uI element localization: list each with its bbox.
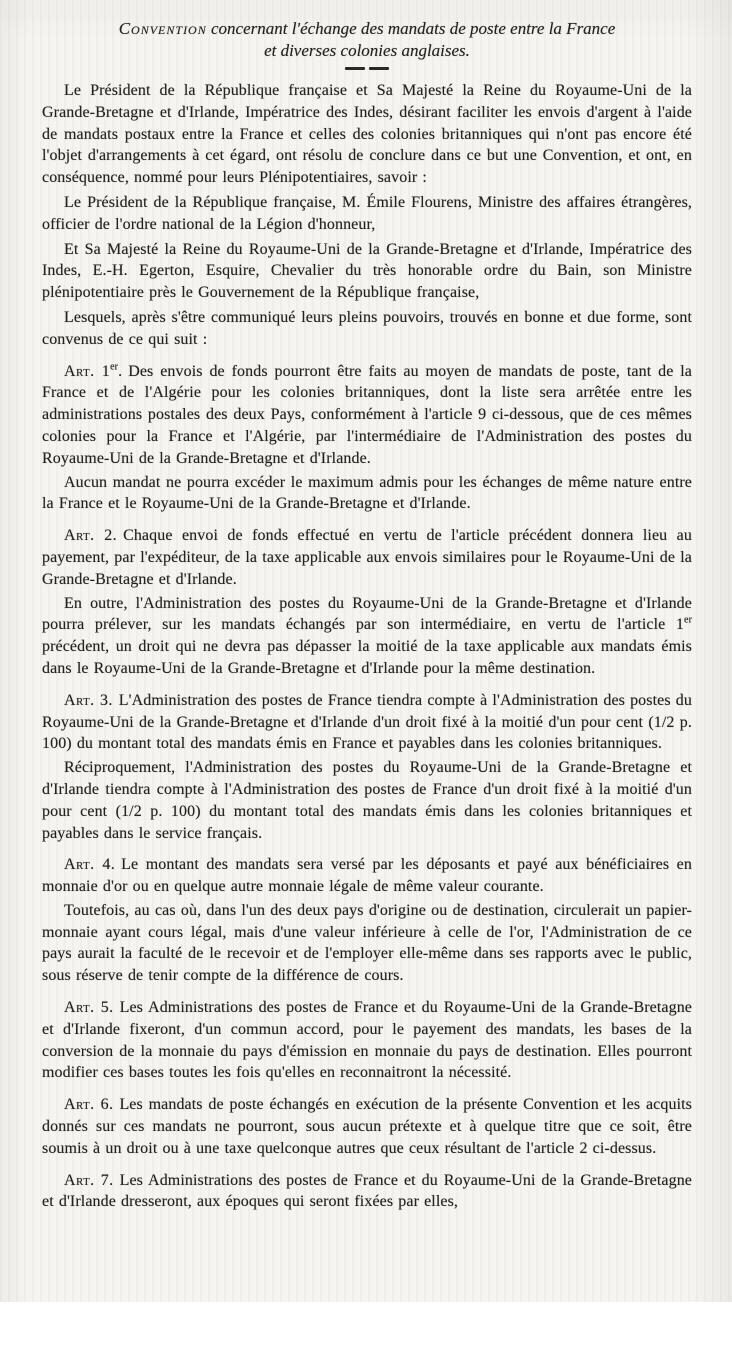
article-label: Art. 4.	[64, 856, 121, 873]
divider-dash-right	[369, 67, 389, 70]
ordinal-superscript: er	[110, 361, 118, 372]
article-label-period: .	[118, 363, 122, 380]
paragraph-text: L'Administration des postes de France ti…	[42, 692, 692, 753]
paragraph-text: Les mandats de poste échangés en exécuti…	[42, 1096, 692, 1157]
preamble-paragraph: Le Président de la République française,…	[42, 192, 692, 236]
article-label-text: Art. 4.	[64, 856, 115, 873]
article-label-text: Art. 5.	[64, 999, 114, 1016]
article-label: Art. 1er.	[64, 363, 128, 380]
title-word-convention: Convention	[119, 19, 207, 38]
preamble-paragraph: Le Président de la République française …	[42, 80, 692, 189]
article-paragraph: Toutefois, au cas où, dans l'un des deux…	[42, 900, 692, 987]
paragraph-text: Les Administrations des postes de France…	[42, 999, 692, 1081]
article-paragraph: Art. 5.Les Administrations des postes de…	[42, 997, 692, 1084]
articles: Art. 1er.Des envois de fonds pourront êt…	[42, 361, 692, 1214]
article-5: Art. 5.Les Administrations des postes de…	[42, 997, 692, 1084]
title-line-1: Convention concernant l'échange des mand…	[42, 18, 692, 40]
preamble: Le Président de la République française …	[42, 80, 692, 351]
article-label: Art. 6.	[64, 1096, 119, 1113]
article-label-text: Art. 2.	[64, 527, 117, 544]
preamble-paragraph: Lesquels, après s'être communiqué leurs …	[42, 307, 692, 351]
article-6: Art. 6.Les mandats de poste échangés en …	[42, 1094, 692, 1159]
article-7: Art. 7.Les Administrations des postes de…	[42, 1170, 692, 1214]
article-2: Art. 2.Chaque envoi de fonds effectué en…	[42, 525, 692, 680]
article-paragraph: Art. 2.Chaque envoi de fonds effectué en…	[42, 525, 692, 590]
article-label: Art. 3.	[64, 692, 119, 709]
document-title: Convention concernant l'échange des mand…	[42, 18, 692, 70]
paragraph-text: Le montant des mandats sera versé par le…	[42, 856, 692, 895]
article-paragraph: En outre, l'Administration des postes du…	[42, 593, 692, 680]
title-line-2: et diverses colonies anglaises.	[42, 40, 692, 62]
article-paragraph: Art. 6.Les mandats de poste échangés en …	[42, 1094, 692, 1159]
article-paragraph: Réciproquement, l'Administration des pos…	[42, 757, 692, 844]
article-label-text: Art. 7.	[64, 1172, 114, 1189]
paragraph-text: Des envois de fonds pourront être faits …	[42, 363, 692, 467]
article-paragraph: Art. 3.L'Administration des postes de Fr…	[42, 690, 692, 755]
article-paragraph: Art. 4.Le montant des mandats sera versé…	[42, 854, 692, 898]
article-4: Art. 4.Le montant des mandats sera versé…	[42, 854, 692, 987]
article-label-text: Art. 1	[64, 363, 110, 380]
paragraph-text: précédent, un droit qui ne devra pas dép…	[42, 638, 692, 677]
paragraph-text: Les Administrations des postes de France…	[42, 1172, 692, 1211]
scanned-page: Convention concernant l'échange des mand…	[0, 0, 732, 1302]
ordinal-superscript: er	[684, 615, 692, 626]
title-divider	[344, 67, 390, 70]
article-3: Art. 3.L'Administration des postes de Fr…	[42, 690, 692, 845]
article-label: Art. 2.	[64, 527, 123, 544]
article-label-text: Art. 6.	[64, 1096, 113, 1113]
preamble-paragraph: Et Sa Majesté la Reine du Royaume-Uni de…	[42, 239, 692, 304]
article-paragraph: Art. 1er.Des envois de fonds pourront êt…	[42, 361, 692, 470]
article-paragraph: Art. 7.Les Administrations des postes de…	[42, 1170, 692, 1214]
article-label: Art. 5.	[64, 999, 120, 1016]
paragraph-text: En outre, l'Administration des postes du…	[42, 595, 692, 634]
article-paragraph: Aucun mandat ne pourra excéder le maximu…	[42, 472, 692, 516]
article-label: Art. 7.	[64, 1172, 120, 1189]
article-label-text: Art. 3.	[64, 692, 113, 709]
title-line1-rest: concernant l'échange des mandats de post…	[207, 19, 616, 38]
divider-dash-left	[345, 67, 365, 70]
paragraph-text: Chaque envoi de fonds effectué en vertu …	[42, 527, 692, 588]
page-bottom-margin	[0, 1302, 732, 1348]
article-1: Art. 1er.Des envois de fonds pourront êt…	[42, 361, 692, 516]
